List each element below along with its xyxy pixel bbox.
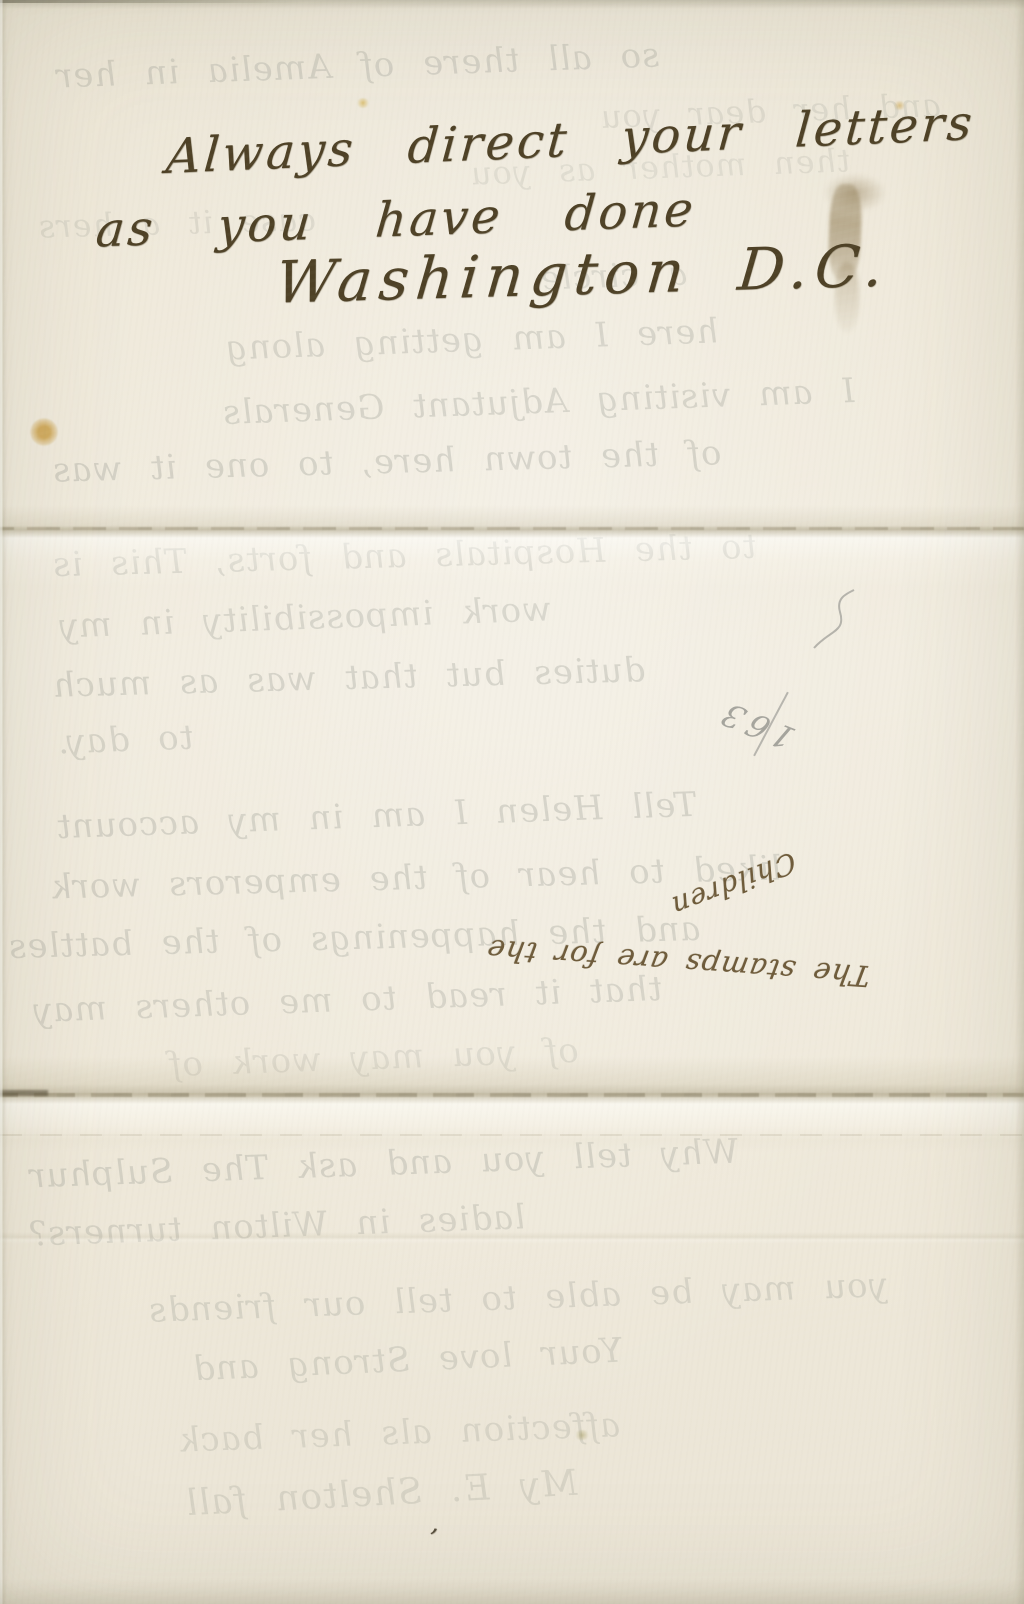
bleedthrough-line: here I am getting along (224, 311, 720, 368)
bleedthrough-line: Why tell you and ask The Sulphur (27, 1132, 740, 1197)
left-edge (0, 0, 7, 1604)
bleedthrough-line: My E. Shelton fall (184, 1463, 579, 1525)
bleedthrough-line: that it read to me others may (31, 969, 664, 1031)
bleedthrough-line: work impossibility in my (57, 589, 553, 646)
bleedthrough-line: of the town here, to one it was (51, 433, 724, 491)
yellow-fleck (356, 98, 370, 108)
bleedthrough-line: duties but that was as much (51, 650, 647, 706)
bleedthrough-line: you may be able to tell our friends (147, 1265, 889, 1331)
ink-blot: ’ (425, 1523, 439, 1554)
bleedthrough-line: Tell Helen I am in my account (55, 785, 698, 847)
fold-crease-lower-secondary (0, 1134, 1024, 1136)
bleedthrough-line: of you may work of (167, 1031, 581, 1085)
bleedthrough-line: so all there of Amelia in her (54, 35, 661, 96)
olive-fleck (574, 1430, 590, 1440)
bleedthrough-line: to the Hospitals and forts, This is (51, 527, 758, 586)
yellow-stain-spot (30, 418, 58, 446)
bleedthrough-line: ladies in Wilton turners? (27, 1197, 527, 1254)
bleedthrough-line: I am visiting Adjutant Generals (221, 371, 857, 433)
bleedthrough-line: to day. (57, 718, 195, 763)
fold-crease-lower-dark-end (0, 1090, 48, 1096)
inverted-note-line-2: Children (668, 845, 799, 924)
top-left-edge-line (0, 0, 300, 3)
inverted-note-line-1: The stamps are for the (484, 933, 874, 994)
fold-crease-upper-line (0, 527, 1024, 530)
bleedthrough-line: affection als her back (177, 1405, 622, 1461)
fold-crease-lower (0, 1056, 1024, 1152)
fold-crease-upper (0, 505, 1024, 587)
bleedthrough-line: Your love Strong and (191, 1331, 624, 1390)
fold-crease-faint (0, 1232, 1024, 1244)
fold-crease-lower-line (0, 1093, 1024, 1097)
ink-smudge (824, 174, 886, 212)
letter-line-1: Always direct your letters (164, 95, 977, 185)
bottom-edge (0, 1578, 1024, 1604)
right-edge (1015, 0, 1024, 1604)
letter-page: so all there of Amelia in her and her de… (0, 0, 1024, 1604)
pencil-squiggle (806, 582, 862, 654)
pencil-number: 163 (709, 694, 802, 757)
top-edge-shadow (0, 0, 1024, 9)
